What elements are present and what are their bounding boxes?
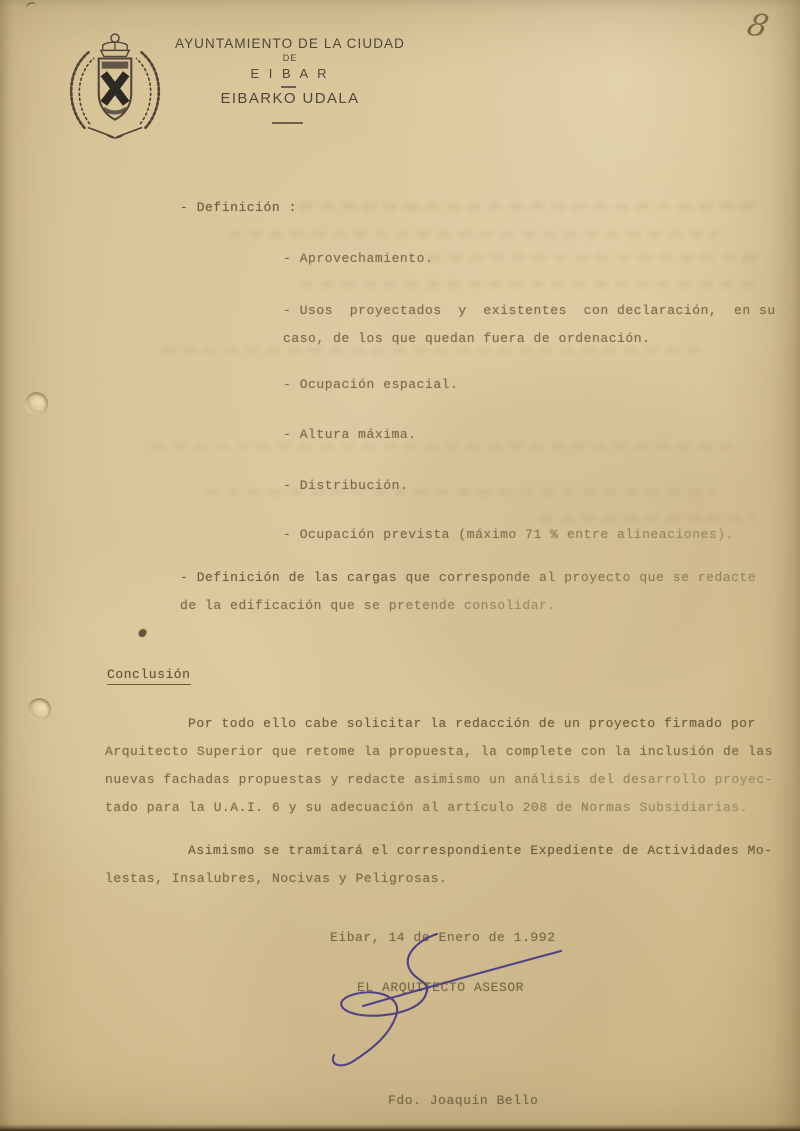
bleedthrough-smudge [300, 203, 755, 210]
outline-cargas-line2: de la edificación que se pretende consol… [180, 598, 556, 613]
outline-item-usos-line2: caso, de los que quedan fuera de ordenac… [283, 331, 650, 346]
punch-hole-top [25, 392, 48, 415]
conclusion-p1-line3: nuevas fachadas propuestas y redacte asi… [105, 772, 773, 787]
conclusion-heading: Conclusión [107, 667, 191, 685]
outline-item-usos-line1: - Usos proyectados y existentes con decl… [283, 303, 776, 318]
handwritten-page-number: 8 [743, 7, 772, 45]
letterhead-line3: E I B A R [150, 66, 430, 81]
pen-mark-top-left [25, 1, 39, 14]
conclusion-p1-line4: tado para la U.A.I. 6 y su adecuación al… [105, 800, 748, 815]
letterhead-underline-eibar [281, 86, 296, 88]
punch-hole-bottom [28, 698, 51, 721]
outline-item-aprovechamiento: - Aprovechamiento. [283, 251, 433, 266]
scan-edge-shading-bottom [0, 1124, 800, 1131]
conclusion-p2-line1: Asimismo se tramitará el correspondiente… [188, 843, 773, 858]
letterhead-line1: AYUNTAMIENTO DE LA CIUDAD [150, 36, 430, 51]
scan-edge-shading-right [774, 0, 800, 1131]
handwritten-signature [295, 930, 575, 1078]
outline-item-distribucion: - Distribución. [283, 478, 408, 493]
conclusion-p1-line1: Por todo ello cabe solicitar la redacció… [188, 716, 756, 731]
letterhead-line4: EIBARKO UDALA [150, 90, 430, 107]
outline-item-ocupacion-espacial: - Ocupación espacial. [283, 377, 458, 392]
ink-blot [138, 628, 147, 638]
bleedthrough-smudge [540, 515, 755, 522]
bleedthrough-smudge [228, 231, 718, 238]
outline-item-ocupacion-prevista: - Ocupación prevista (máximo 71 % entre … [283, 527, 734, 542]
bleedthrough-smudge [162, 347, 707, 354]
letterhead-line2: DE [150, 53, 430, 63]
outline-definicion: - Definición : [180, 200, 297, 215]
conclusion-p2-line2: lestas, Insalubres, Nocivas y Peligrosas… [105, 871, 447, 886]
bleedthrough-smudge [300, 281, 755, 288]
bleedthrough-smudge [152, 443, 732, 450]
signed-by: Fdo. Joaquín Bello [388, 1093, 538, 1108]
scanned-document-page: AYUNTAMIENTO DE LA CIUDAD DE E I B A R E… [0, 0, 800, 1131]
scan-edge-shading-left [0, 0, 14, 1131]
bleedthrough-smudge [428, 254, 763, 261]
letterhead-underline-udala [272, 122, 303, 124]
bleedthrough-smudge [205, 489, 715, 496]
outline-item-altura-maxima: - Altura máxima. [283, 427, 417, 442]
letterhead: AYUNTAMIENTO DE LA CIUDAD DE E I B A R E… [150, 36, 430, 107]
outline-cargas-line1: - Definición de las cargas que correspon… [180, 570, 756, 585]
conclusion-p1-line2: Arquitecto Superior que retome la propue… [105, 744, 773, 759]
